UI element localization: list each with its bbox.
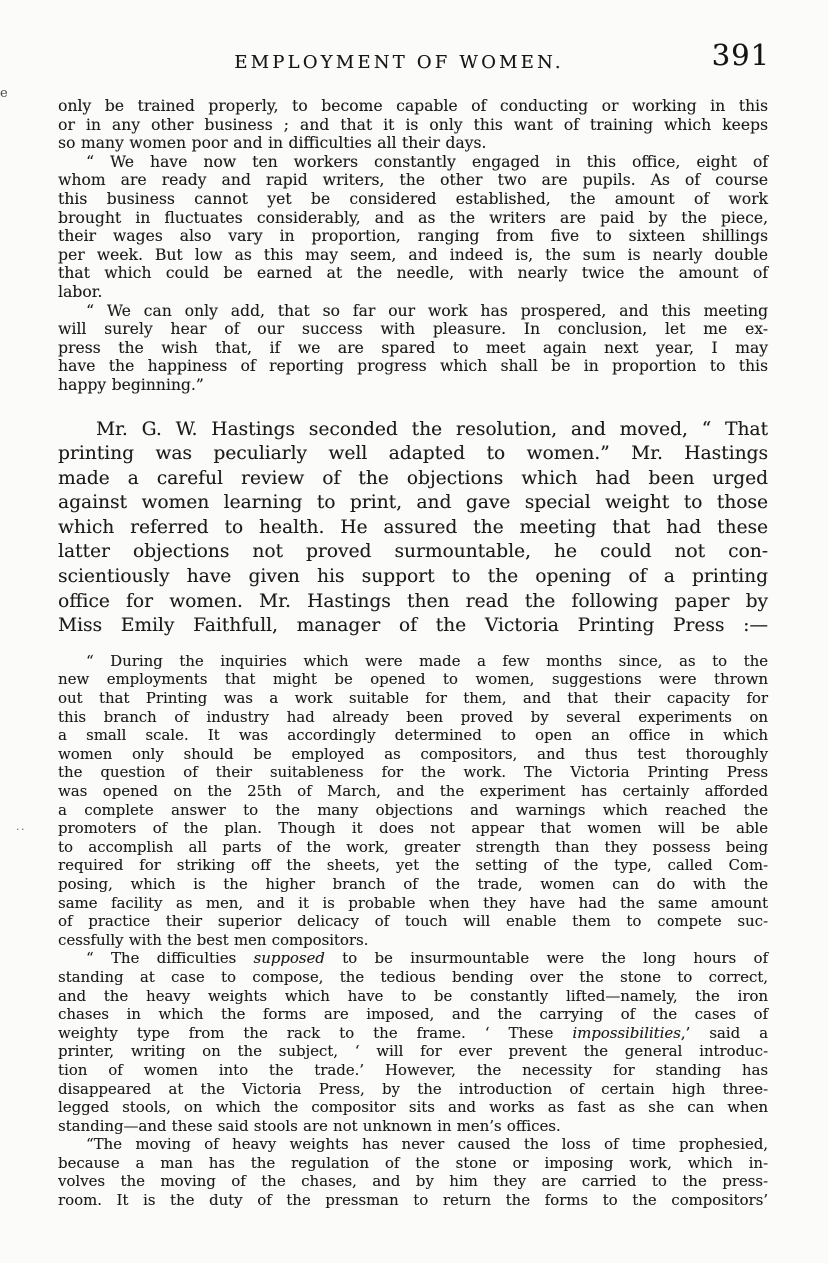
text-line: will surely hear of our success with ple… xyxy=(58,320,768,339)
scan-artifact: .. xyxy=(16,820,26,833)
text-line: their wages also vary in proportion, ran… xyxy=(58,227,768,246)
emphasized-text: impossibilities xyxy=(572,1024,680,1042)
text-line: the question of their suitableness for t… xyxy=(58,763,768,782)
text-line: chases in which the forms are imposed, a… xyxy=(58,1005,768,1024)
text-line: this branch of industry had already been… xyxy=(58,708,768,727)
text-body: only be trained properly, to become capa… xyxy=(58,97,768,1210)
text-line: against women learning to print, and gav… xyxy=(58,491,768,516)
text-line: a small scale. It was accordingly determ… xyxy=(58,726,768,745)
text-line: scientiously have given his support to t… xyxy=(58,565,768,590)
text-line: of practice their superior delicacy of t… xyxy=(58,912,768,931)
text-line: that which could be earned at the needle… xyxy=(58,264,768,283)
paragraph: “ During the inquiries which were made a… xyxy=(58,652,768,950)
text-line: “ We can only add, that so far our work … xyxy=(58,302,768,321)
text-line: latter objections not proved surmountabl… xyxy=(58,540,768,565)
text-line: volves the moving of the chases, and by … xyxy=(58,1172,768,1191)
book-page: EMPLOYMENT OF WOMEN. 391 e .. only be tr… xyxy=(0,0,828,1263)
text-line: promoters of the plan. Though it does no… xyxy=(58,819,768,838)
page-number: 391 xyxy=(712,38,770,72)
text-segment: weighty type from the rack to the frame.… xyxy=(58,1024,572,1042)
text-line: labor. xyxy=(58,283,768,302)
text-line: “ We have now ten workers constantly eng… xyxy=(58,153,768,172)
running-title: EMPLOYMENT OF WOMEN. xyxy=(234,52,563,73)
text-segment: to be insurmountable were the long hours… xyxy=(325,949,768,967)
text-line: posing, which is the higher branch of th… xyxy=(58,875,768,894)
text-line: whom are ready and rapid writers, the ot… xyxy=(58,171,768,190)
text-line: this business cannot yet be considered e… xyxy=(58,190,768,209)
paragraph: “ We can only add, that so far our work … xyxy=(58,302,768,395)
paragraph: only be trained properly, to become capa… xyxy=(58,97,768,153)
text-line: new employments that might be opened to … xyxy=(58,670,768,689)
text-line: press the wish that, if we are spared to… xyxy=(58,339,768,358)
text-line: required for striking off the sheets, ye… xyxy=(58,856,768,875)
paragraph: “ The difficulties supposed to be insurm… xyxy=(58,949,768,1135)
text-line: only be trained properly, to become capa… xyxy=(58,97,768,116)
text-line: “The moving of heavy weights has never c… xyxy=(58,1135,768,1154)
text-line: room. It is the duty of the pressman to … xyxy=(58,1191,768,1210)
text-line: tion of women into the trade.’ However, … xyxy=(58,1061,768,1080)
paragraph: “ We have now ten workers constantly eng… xyxy=(58,153,768,302)
text-segment: “ The difficulties xyxy=(86,949,254,967)
paragraph: Mr. G. W. Hastings seconded the resoluti… xyxy=(58,418,768,639)
text-line: Mr. G. W. Hastings seconded the resoluti… xyxy=(58,418,768,443)
text-line: per week. But low as this may seem, and … xyxy=(58,246,768,265)
text-line: standing—and these said stools are not u… xyxy=(58,1117,768,1136)
text-line: “ During the inquiries which were made a… xyxy=(58,652,768,671)
section-hastings-resolution: Mr. G. W. Hastings seconded the resoluti… xyxy=(58,418,768,639)
text-line: standing at case to compose, the tedious… xyxy=(58,968,768,987)
text-line: brought in fluctuates considerably, and … xyxy=(58,209,768,228)
emphasized-text: supposed xyxy=(254,949,325,967)
text-line: which referred to health. He assured the… xyxy=(58,516,768,541)
text-line: cessfully with the best men compositors. xyxy=(58,931,768,950)
text-line: women only should be employed as composi… xyxy=(58,745,768,764)
text-line: a complete answer to the many objections… xyxy=(58,801,768,820)
text-segment: ,’ said a xyxy=(681,1024,768,1042)
paragraph: “The moving of heavy weights has never c… xyxy=(58,1135,768,1209)
text-line: or in any other business ; and that it i… xyxy=(58,116,768,135)
text-line: Miss Emily Faithfull, manager of the Vic… xyxy=(58,614,768,639)
text-line: printing was peculiarly well adapted to … xyxy=(58,442,768,467)
section-meeting-report: only be trained properly, to become capa… xyxy=(58,97,768,395)
text-line: disappeared at the Victoria Press, by th… xyxy=(58,1080,768,1099)
text-line: was opened on the 25th of March, and the… xyxy=(58,782,768,801)
text-line: made a careful review of the objections … xyxy=(58,467,768,492)
text-line: weighty type from the rack to the frame.… xyxy=(58,1024,768,1043)
text-line: and the heavy weights which have to be c… xyxy=(58,987,768,1006)
text-line: because a man has the regulation of the … xyxy=(58,1154,768,1173)
scan-artifact: e xyxy=(0,86,8,101)
text-line: legged stools, on which the compositor s… xyxy=(58,1098,768,1117)
text-line: printer, writing on the subject, ‘ will … xyxy=(58,1042,768,1061)
text-line: out that Printing was a work suitable fo… xyxy=(58,689,768,708)
text-line: have the happiness of reporting progress… xyxy=(58,357,768,376)
text-line: to accomplish all parts of the work, gre… xyxy=(58,838,768,857)
text-line: so many women poor and in difficulties a… xyxy=(58,134,768,153)
section-faithfull-paper: “ During the inquiries which were made a… xyxy=(58,652,768,1210)
text-line: office for women. Mr. Hastings then read… xyxy=(58,590,768,615)
text-line: happy beginning.” xyxy=(58,376,768,395)
text-line: “ The difficulties supposed to be insurm… xyxy=(58,949,768,968)
text-line: same facility as men, and it is probable… xyxy=(58,894,768,913)
